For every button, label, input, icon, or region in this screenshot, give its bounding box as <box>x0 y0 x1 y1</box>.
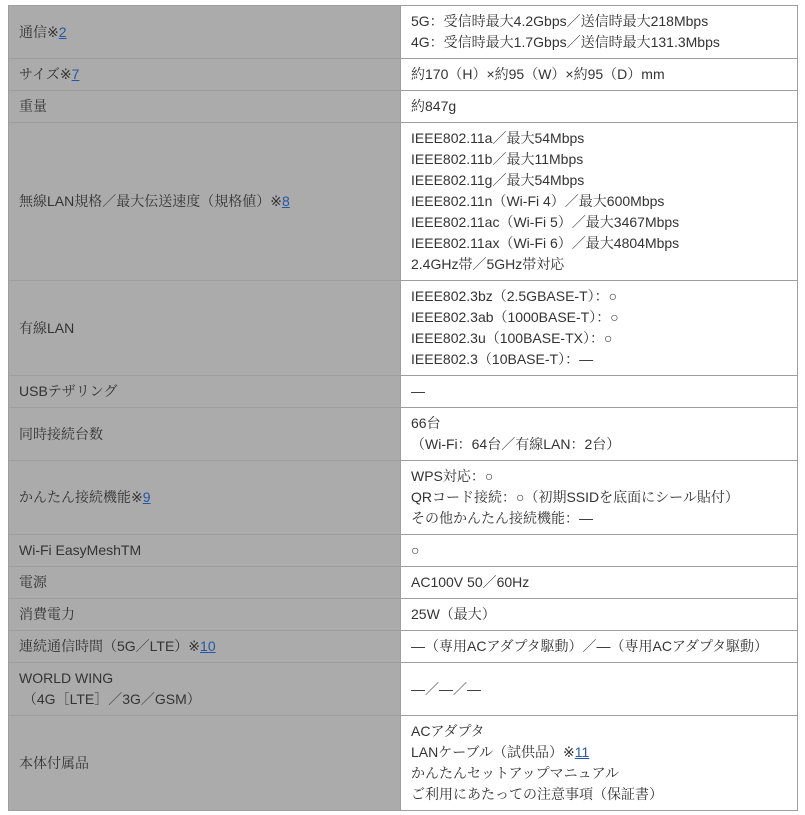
text-segment: ご利用にあたっての注意事項（保証書） <box>411 786 663 802</box>
spec-value-line: 5G：受信時最大4.2Gbps／送信時最大218Mbps <box>411 11 787 32</box>
text-segment: 通信※ <box>19 24 59 40</box>
spec-value-line: （Wi-Fi：64台／有線LAN：2台） <box>411 434 787 455</box>
text-segment: IEEE802.11b／最大11Mbps <box>411 151 583 167</box>
table-row: 通信※25G：受信時最大4.2Gbps／送信時最大218Mbps4G：受信時最大… <box>9 6 798 59</box>
text-segment: 連続通信時間（5G／LTE）※ <box>19 638 200 654</box>
text-segment: 消費電力 <box>19 606 75 622</box>
spec-value-cell: IEEE802.3bz（2.5GBASE-T）：○IEEE802.3ab（100… <box>401 281 798 376</box>
spec-label-cell: WORLD WING （4G［LTE］／3G／GSM） <box>9 663 401 716</box>
spec-table: 通信※25G：受信時最大4.2Gbps／送信時最大218Mbps4G：受信時最大… <box>8 5 798 811</box>
text-segment: AC100V 50／60Hz <box>411 574 529 590</box>
table-row: 同時接続台数66台（Wi-Fi：64台／有線LAN：2台） <box>9 408 798 461</box>
spec-label-cell: かんたん接続機能※9 <box>9 461 401 535</box>
spec-label-cell: 有線LAN <box>9 281 401 376</box>
spec-label-cell: 重量 <box>9 91 401 123</box>
spec-value-cell: ―／―／― <box>401 663 798 716</box>
spec-value-line: IEEE802.11ac（Wi-Fi 5）／最大3467Mbps <box>411 212 787 233</box>
text-segment: ―／―／― <box>411 681 481 697</box>
text-segment: 2.4GHz帯／5GHz帯対応 <box>411 256 564 272</box>
text-segment: IEEE802.3bz（2.5GBASE-T）：○ <box>411 288 617 304</box>
text-segment: かんたん接続機能※ <box>19 489 143 505</box>
spec-value-line: その他かんたん接続機能：― <box>411 508 787 529</box>
text-segment: 本体付属品 <box>19 755 89 771</box>
spec-value-cell: IEEE802.11a／最大54MbpsIEEE802.11b／最大11Mbps… <box>401 123 798 281</box>
spec-value-cell: WPS対応：○QRコード接続：○（初期SSIDを底面にシール貼付）その他かんたん… <box>401 461 798 535</box>
spec-value-line: AC100V 50／60Hz <box>411 572 787 593</box>
text-segment: Wi-Fi EasyMeshTM <box>19 542 141 558</box>
table-row: 消費電力25W（最大） <box>9 599 798 631</box>
footnote-link[interactable]: 10 <box>200 638 216 654</box>
spec-value-cell: 66台（Wi-Fi：64台／有線LAN：2台） <box>401 408 798 461</box>
spec-value-cell: 25W（最大） <box>401 599 798 631</box>
text-segment: IEEE802.11ax（Wi-Fi 6）／最大4804Mbps <box>411 235 679 251</box>
spec-label-cell: 連続通信時間（5G／LTE）※10 <box>9 631 401 663</box>
spec-value-line: ― <box>411 381 787 402</box>
spec-value-line: 2.4GHz帯／5GHz帯対応 <box>411 254 787 275</box>
spec-table-body: 通信※25G：受信時最大4.2Gbps／送信時最大218Mbps4G：受信時最大… <box>9 6 798 811</box>
text-segment: 4G：受信時最大1.7Gbps／送信時最大131.3Mbps <box>411 34 720 50</box>
table-row: 本体付属品ACアダプタLANケーブル（試供品）※11かんたんセットアップマニュア… <box>9 716 798 811</box>
spec-page: 通信※25G：受信時最大4.2Gbps／送信時最大218Mbps4G：受信時最大… <box>0 0 805 815</box>
spec-value-line: IEEE802.11n（Wi-Fi 4）／最大600Mbps <box>411 191 787 212</box>
spec-label-cell: 本体付属品 <box>9 716 401 811</box>
text-segment: 5G：受信時最大4.2Gbps／送信時最大218Mbps <box>411 13 708 29</box>
text-segment: 同時接続台数 <box>19 426 103 442</box>
spec-value-line: IEEE802.11b／最大11Mbps <box>411 149 787 170</box>
footnote-link[interactable]: 2 <box>59 24 67 40</box>
spec-value-line: IEEE802.3bz（2.5GBASE-T）：○ <box>411 286 787 307</box>
spec-value-line: 25W（最大） <box>411 604 787 625</box>
spec-label-cell: 電源 <box>9 567 401 599</box>
spec-value-line: 4G：受信時最大1.7Gbps／送信時最大131.3Mbps <box>411 32 787 53</box>
spec-value-cell: ○ <box>401 535 798 567</box>
table-row: Wi-Fi EasyMeshTM○ <box>9 535 798 567</box>
spec-label-cell: 無線LAN規格／最大伝送速度（規格値）※8 <box>9 123 401 281</box>
table-row: USBテザリング― <box>9 376 798 408</box>
text-segment: WORLD WING （4G［LTE］／3G／GSM） <box>19 670 201 707</box>
spec-value-line: 66台 <box>411 413 787 434</box>
text-segment: かんたんセットアップマニュアル <box>411 765 619 781</box>
spec-label-cell: サイズ※7 <box>9 59 401 91</box>
spec-value-line: ACアダプタ <box>411 721 787 742</box>
text-segment: IEEE802.11g／最大54Mbps <box>411 172 584 188</box>
spec-value-line: QRコード接続：○（初期SSIDを底面にシール貼付） <box>411 487 787 508</box>
text-segment: 有線LAN <box>19 320 74 336</box>
spec-value-line: IEEE802.3ab（1000BASE-T）：○ <box>411 307 787 328</box>
text-segment: （Wi-Fi：64台／有線LAN：2台） <box>411 436 620 452</box>
spec-value-line: LANケーブル（試供品）※11 <box>411 742 787 763</box>
footnote-link[interactable]: 11 <box>575 744 590 760</box>
text-segment: IEEE802.11a／最大54Mbps <box>411 130 584 146</box>
text-segment: IEEE802.3ab（1000BASE-T）：○ <box>411 309 619 325</box>
table-row: サイズ※7約170（H）×約95（W）×約95（D）mm <box>9 59 798 91</box>
footnote-link[interactable]: 9 <box>143 489 151 505</box>
spec-value-cell: AC100V 50／60Hz <box>401 567 798 599</box>
text-segment: 約847g <box>411 98 456 114</box>
text-segment: ○ <box>411 542 419 558</box>
table-row: 無線LAN規格／最大伝送速度（規格値）※8IEEE802.11a／最大54Mbp… <box>9 123 798 281</box>
spec-value-line: ご利用にあたっての注意事項（保証書） <box>411 784 787 805</box>
table-row: WORLD WING （4G［LTE］／3G／GSM）―／―／― <box>9 663 798 716</box>
spec-label-cell: 消費電力 <box>9 599 401 631</box>
text-segment: QRコード接続：○（初期SSIDを底面にシール貼付） <box>411 489 739 505</box>
text-segment: 約170（H）×約95（W）×約95（D）mm <box>411 66 665 82</box>
text-segment: IEEE802.11n（Wi-Fi 4）／最大600Mbps <box>411 193 664 209</box>
text-segment: 25W（最大） <box>411 606 496 622</box>
spec-value-line: IEEE802.3（10BASE-T）：― <box>411 349 787 370</box>
table-row: かんたん接続機能※9WPS対応：○QRコード接続：○（初期SSIDを底面にシール… <box>9 461 798 535</box>
table-row: 電源AC100V 50／60Hz <box>9 567 798 599</box>
spec-label-cell: USBテザリング <box>9 376 401 408</box>
spec-value-cell: 約170（H）×約95（W）×約95（D）mm <box>401 59 798 91</box>
table-row: 有線LANIEEE802.3bz（2.5GBASE-T）：○IEEE802.3a… <box>9 281 798 376</box>
spec-value-line: 約170（H）×約95（W）×約95（D）mm <box>411 64 787 85</box>
text-segment: 無線LAN規格／最大伝送速度（規格値）※ <box>19 193 282 209</box>
spec-value-cell: ―（専用ACアダプタ駆動）／―（専用ACアダプタ駆動） <box>401 631 798 663</box>
text-segment: 電源 <box>19 574 47 590</box>
spec-value-cell: 約847g <box>401 91 798 123</box>
spec-value-line: IEEE802.3u（100BASE-TX）：○ <box>411 328 787 349</box>
spec-label-cell: 同時接続台数 <box>9 408 401 461</box>
spec-value-line: IEEE802.11a／最大54Mbps <box>411 128 787 149</box>
spec-label-cell: Wi-Fi EasyMeshTM <box>9 535 401 567</box>
spec-value-line: かんたんセットアップマニュアル <box>411 763 787 784</box>
text-segment: IEEE802.3u（100BASE-TX）：○ <box>411 330 612 346</box>
spec-value-line: 約847g <box>411 96 787 117</box>
text-segment: ACアダプタ <box>411 723 485 739</box>
spec-value-line: ―／―／― <box>411 679 787 700</box>
text-segment: IEEE802.11ac（Wi-Fi 5）／最大3467Mbps <box>411 214 679 230</box>
text-segment: サイズ※ <box>19 66 72 82</box>
spec-value-line: IEEE802.11g／最大54Mbps <box>411 170 787 191</box>
table-row: 重量約847g <box>9 91 798 123</box>
text-segment: USBテザリング <box>19 383 118 399</box>
spec-value-line: ―（専用ACアダプタ駆動）／―（専用ACアダプタ駆動） <box>411 636 787 657</box>
spec-value-line: WPS対応：○ <box>411 466 787 487</box>
text-segment: 重量 <box>19 98 47 114</box>
spec-value-cell: ― <box>401 376 798 408</box>
spec-value-line: ○ <box>411 540 787 561</box>
text-segment: LANケーブル（試供品）※ <box>411 744 575 760</box>
spec-value-cell: ACアダプタLANケーブル（試供品）※11かんたんセットアップマニュアルご利用に… <box>401 716 798 811</box>
spec-value-line: IEEE802.11ax（Wi-Fi 6）／最大4804Mbps <box>411 233 787 254</box>
footnote-link[interactable]: 7 <box>72 66 80 82</box>
spec-value-cell: 5G：受信時最大4.2Gbps／送信時最大218Mbps4G：受信時最大1.7G… <box>401 6 798 59</box>
spec-label-cell: 通信※2 <box>9 6 401 59</box>
text-segment: ―（専用ACアダプタ駆動）／―（専用ACアダプタ駆動） <box>411 638 768 654</box>
text-segment: WPS対応：○ <box>411 468 493 484</box>
footnote-link[interactable]: 8 <box>282 193 290 209</box>
text-segment: その他かんたん接続機能：― <box>411 510 593 526</box>
text-segment: 66台 <box>411 415 441 431</box>
table-row: 連続通信時間（5G／LTE）※10―（専用ACアダプタ駆動）／―（専用ACアダプ… <box>9 631 798 663</box>
text-segment: ― <box>411 383 425 399</box>
text-segment: IEEE802.3（10BASE-T）：― <box>411 351 593 367</box>
